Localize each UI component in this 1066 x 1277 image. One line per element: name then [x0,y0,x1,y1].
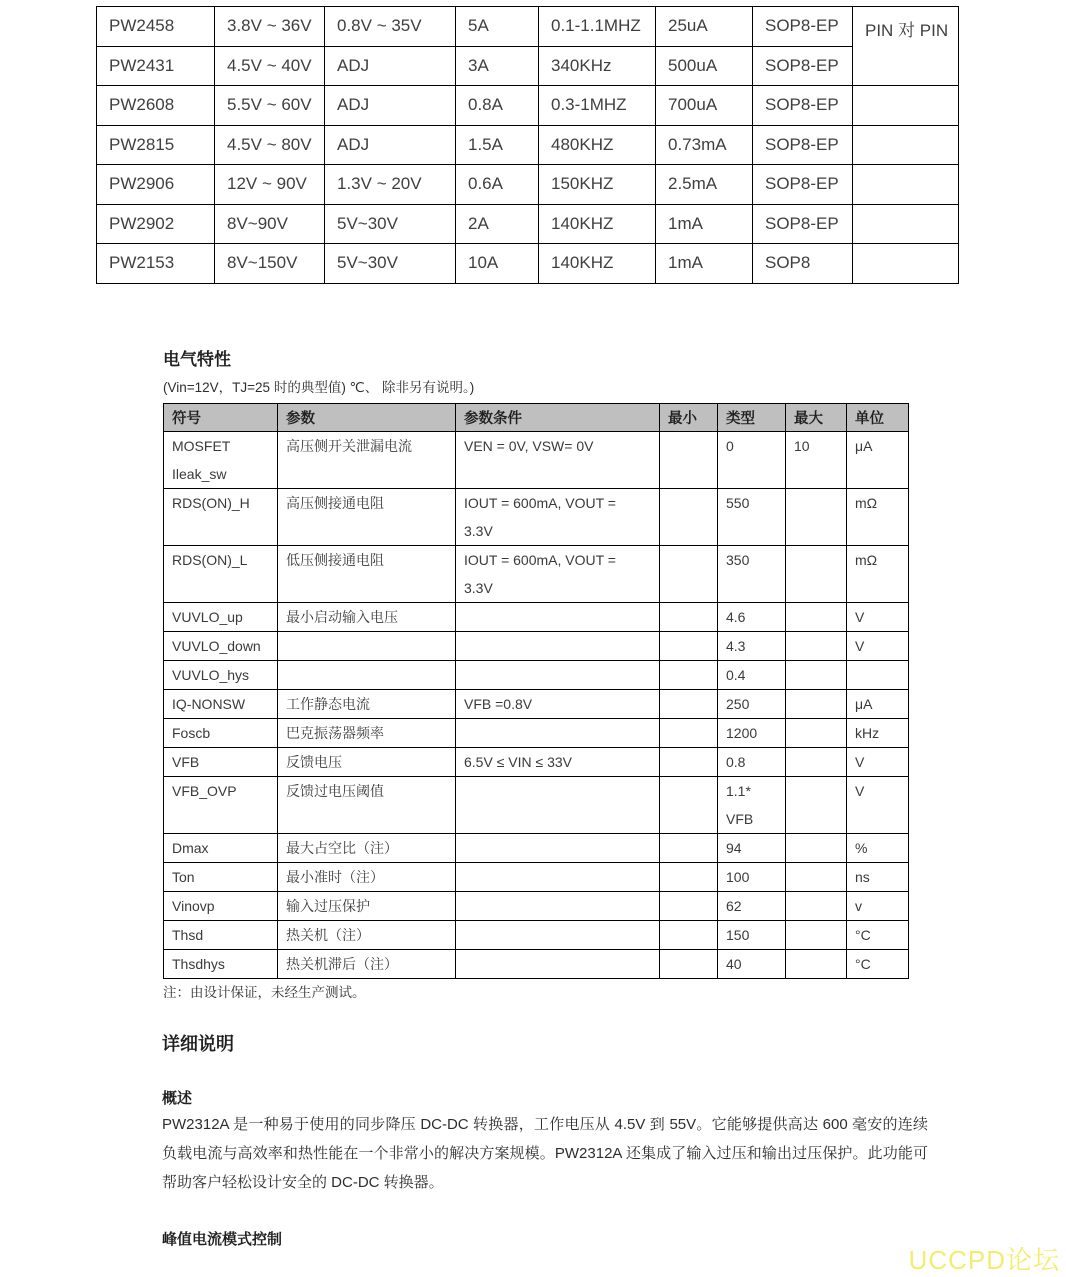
product-cell-note-empty [853,244,959,284]
electrical-cell-max [786,690,847,719]
electrical-table-row: Dmax最大占空比（注）94% [164,834,909,863]
electrical-cell-min [660,546,718,603]
product-cell-package: SOP8-EP [753,165,853,205]
product-table-row: PW290612V ~ 90V1.3V ~ 20V0.6A150KHZ2.5mA… [97,165,959,205]
electrical-table-row: RDS(ON)_H高压侧接通电阻IOUT = 600mA, VOUT = 3.3… [164,489,909,546]
product-cell-part: PW2902 [97,204,215,244]
electrical-footnote: 注：由设计保证，未经生产测试。 [163,981,366,1001]
electrical-cell-typ: 62 [718,892,786,921]
electrical-section-title: 电气特性 [163,345,231,370]
product-cell-iq: 500uA [656,46,753,86]
electrical-cell-symbol: VFB_OVP [164,777,278,834]
electrical-cell-parameter: 最小启动输入电压 [278,603,456,632]
electrical-table-row: VFB反馈电压6.5V ≤ VIN ≤ 33V0.8V [164,748,909,777]
product-cell-freq: 480KHZ [539,125,656,165]
electrical-cell-symbol: VUVLO_down [164,632,278,661]
product-cell-note-empty [853,165,959,205]
product-cell-input: 3.8V ~ 36V [215,7,325,47]
electrical-cell-symbol: Thsd [164,921,278,950]
electrical-cell-symbol: IQ-NONSW [164,690,278,719]
electrical-cell-max [786,921,847,950]
electrical-cell-min [660,690,718,719]
electrical-table-row: VUVLO_up最小启动输入电压4.6V [164,603,909,632]
electrical-cell-min [660,632,718,661]
product-cell-pin-note: PIN 对 PIN [853,7,959,86]
electrical-cell-condition [456,777,660,834]
electrical-cell-condition: IOUT = 600mA, VOUT = 3.3V [456,489,660,546]
electrical-cell-typ: 250 [718,690,786,719]
electrical-cell-condition [456,863,660,892]
electrical-cell-typ: 40 [718,950,786,979]
electrical-table-row: Ton最小准时（注）100ns [164,863,909,892]
product-table-row: PW24314.5V ~ 40VADJ3A340KHz500uASOP8-EP [97,46,959,86]
electrical-cell-symbol: Thsdhys [164,950,278,979]
electrical-cell-typ: 100 [718,863,786,892]
electrical-cell-min [660,834,718,863]
product-cell-current: 1.5A [456,125,539,165]
electrical-table-row: MOSFET Ileak_sw高压侧开关泄漏电流VEN = 0V, VSW= 0… [164,432,909,489]
electrical-column-header: 参数条件 [456,404,660,432]
electrical-cell-parameter [278,661,456,690]
overview-heading: 概述 [162,1087,192,1108]
electrical-cell-symbol: RDS(ON)_H [164,489,278,546]
electrical-cell-max [786,546,847,603]
electrical-cell-max [786,863,847,892]
electrical-cell-max [786,719,847,748]
electrical-cell-symbol: MOSFET Ileak_sw [164,432,278,489]
electrical-cell-max [786,834,847,863]
product-cell-iq: 1mA [656,244,753,284]
product-cell-iq: 0.73mA [656,125,753,165]
electrical-cell-max: 10 [786,432,847,489]
product-cell-output: ADJ [325,46,456,86]
electrical-cell-max [786,489,847,546]
electrical-characteristics-table: 符号参数参数条件最小类型最大单位 MOSFET Ileak_sw高压侧开关泄漏电… [163,403,909,979]
product-cell-package: SOP8-EP [753,204,853,244]
electrical-cell-symbol: Dmax [164,834,278,863]
electrical-table-row: VUVLO_down4.3V [164,632,909,661]
product-cell-current: 0.8A [456,86,539,126]
electrical-cell-typ: 0 [718,432,786,489]
electrical-table-row: Vinovp输入过压保护62v [164,892,909,921]
electrical-cell-parameter: 最大占空比（注） [278,834,456,863]
electrical-cell-symbol: Vinovp [164,892,278,921]
product-cell-part: PW2458 [97,7,215,47]
electrical-cell-parameter [278,632,456,661]
electrical-table-body: MOSFET Ileak_sw高压侧开关泄漏电流VEN = 0V, VSW= 0… [164,432,909,979]
electrical-cell-max [786,661,847,690]
electrical-cell-parameter: 高压侧接通电阻 [278,489,456,546]
electrical-cell-parameter: 巴克振荡器频率 [278,719,456,748]
electrical-table-row: IQ-NONSW工作静态电流VFB =0.8V250μA [164,690,909,719]
product-cell-package: SOP8-EP [753,125,853,165]
electrical-cell-unit: V [847,603,909,632]
electrical-column-header: 单位 [847,404,909,432]
electrical-cell-min [660,489,718,546]
electrical-cell-condition: 6.5V ≤ VIN ≤ 33V [456,748,660,777]
electrical-cell-unit: μA [847,690,909,719]
electrical-cell-condition [456,603,660,632]
electrical-table-header-row: 符号参数参数条件最小类型最大单位 [164,404,909,432]
electrical-cell-symbol: VUVLO_hys [164,661,278,690]
electrical-cell-symbol: Ton [164,863,278,892]
electrical-cell-condition [456,921,660,950]
product-cell-part: PW2153 [97,244,215,284]
electrical-cell-unit: V [847,777,909,834]
electrical-cell-symbol: VUVLO_up [164,603,278,632]
electrical-cell-parameter: 热关机（注） [278,921,456,950]
product-cell-iq: 25uA [656,7,753,47]
electrical-cell-unit: V [847,748,909,777]
electrical-table-row: Thsdhys热关机滞后（注）40°C [164,950,909,979]
product-cell-output: 5V~30V [325,204,456,244]
electrical-cell-symbol: RDS(ON)_L [164,546,278,603]
electrical-column-header: 类型 [718,404,786,432]
electrical-cell-min [660,719,718,748]
electrical-cell-parameter: 工作静态电流 [278,690,456,719]
product-cell-input: 4.5V ~ 80V [215,125,325,165]
electrical-cell-parameter: 输入过压保护 [278,892,456,921]
electrical-cell-symbol: VFB [164,748,278,777]
details-section-title: 详细说明 [162,1030,234,1056]
electrical-cell-parameter: 热关机滞后（注） [278,950,456,979]
electrical-cell-typ: 150 [718,921,786,950]
electrical-cell-unit: °C [847,950,909,979]
product-cell-freq: 140KHZ [539,204,656,244]
electrical-table-row: Thsd热关机（注）150°C [164,921,909,950]
electrical-cell-unit: mΩ [847,489,909,546]
product-cell-package: SOP8-EP [753,46,853,86]
electrical-cell-condition: VEN = 0V, VSW= 0V [456,432,660,489]
electrical-cell-min [660,603,718,632]
product-table-body: PW24583.8V ~ 36V0.8V ~ 35V5A0.1-1.1MHZ25… [97,7,959,284]
electrical-table-row: VFB_OVP反馈过电压阈值1.1* VFBV [164,777,909,834]
product-cell-note-empty [853,204,959,244]
electrical-cell-max [786,777,847,834]
electrical-cell-min [660,777,718,834]
product-cell-input: 8V~90V [215,204,325,244]
forum-watermark: UCCPD论坛 [909,1240,1060,1277]
peak-current-mode-heading: 峰值电流模式控制 [162,1228,282,1249]
product-cell-part: PW2608 [97,86,215,126]
product-cell-note-empty [853,125,959,165]
electrical-cell-unit: mΩ [847,546,909,603]
product-cell-output: ADJ [325,86,456,126]
product-cell-freq: 140KHZ [539,244,656,284]
product-cell-package: SOP8-EP [753,7,853,47]
electrical-cell-unit: % [847,834,909,863]
electrical-cell-typ: 1.1* VFB [718,777,786,834]
electrical-column-header: 符号 [164,404,278,432]
electrical-cell-condition [456,834,660,863]
electrical-cell-min [660,950,718,979]
product-cell-freq: 0.1-1.1MHZ [539,7,656,47]
product-cell-part: PW2815 [97,125,215,165]
electrical-column-header: 参数 [278,404,456,432]
electrical-cell-min [660,661,718,690]
product-cell-output: ADJ [325,125,456,165]
electrical-cell-max [786,950,847,979]
product-table-row: PW24583.8V ~ 36V0.8V ~ 35V5A0.1-1.1MHZ25… [97,7,959,47]
product-cell-iq: 1mA [656,204,753,244]
electrical-cell-min [660,863,718,892]
product-cell-part: PW2431 [97,46,215,86]
electrical-cell-condition [456,661,660,690]
product-cell-input: 8V~150V [215,244,325,284]
electrical-cell-typ: 350 [718,546,786,603]
electrical-cell-typ: 4.3 [718,632,786,661]
product-cell-package: SOP8 [753,244,853,284]
product-cell-current: 3A [456,46,539,86]
electrical-cell-condition [456,950,660,979]
electrical-cell-parameter: 反馈过电压阈值 [278,777,456,834]
product-cell-iq: 2.5mA [656,165,753,205]
electrical-cell-typ: 4.6 [718,603,786,632]
product-cell-input: 5.5V ~ 60V [215,86,325,126]
electrical-cell-unit: °C [847,921,909,950]
product-cell-package: SOP8-EP [753,86,853,126]
product-cell-current: 0.6A [456,165,539,205]
electrical-cell-condition [456,632,660,661]
electrical-column-header: 最大 [786,404,847,432]
electrical-cell-min [660,748,718,777]
product-table-row: PW26085.5V ~ 60VADJ0.8A0.3-1MHZ700uASOP8… [97,86,959,126]
electrical-table-row: RDS(ON)_L低压侧接通电阻IOUT = 600mA, VOUT = 3.3… [164,546,909,603]
electrical-cell-typ: 0.4 [718,661,786,690]
electrical-cell-condition: VFB =0.8V [456,690,660,719]
electrical-cell-parameter: 最小准时（注） [278,863,456,892]
electrical-cell-parameter: 低压侧接通电阻 [278,546,456,603]
product-cell-output: 5V~30V [325,244,456,284]
product-cell-freq: 340KHz [539,46,656,86]
electrical-cell-condition [456,719,660,748]
product-cell-current: 5A [456,7,539,47]
electrical-cell-unit [847,661,909,690]
electrical-cell-max [786,603,847,632]
product-cell-current: 2A [456,204,539,244]
electrical-cell-typ: 550 [718,489,786,546]
electrical-cell-unit: kHz [847,719,909,748]
electrical-cell-min [660,432,718,489]
electrical-cell-max [786,748,847,777]
electrical-cell-symbol: Foscb [164,719,278,748]
electrical-table-row: Foscb巴克振荡器频率1200kHz [164,719,909,748]
electrical-cell-unit: ns [847,863,909,892]
electrical-cell-unit: v [847,892,909,921]
electrical-cell-unit: μA [847,432,909,489]
electrical-cell-typ: 94 [718,834,786,863]
electrical-cell-condition: IOUT = 600mA, VOUT = 3.3V [456,546,660,603]
electrical-cell-min [660,892,718,921]
product-selection-table: PW24583.8V ~ 36V0.8V ~ 35V5A0.1-1.1MHZ25… [96,6,959,284]
product-cell-input: 4.5V ~ 40V [215,46,325,86]
electrical-cell-parameter: 反馈电压 [278,748,456,777]
product-cell-output: 1.3V ~ 20V [325,165,456,205]
electrical-cell-typ: 0.8 [718,748,786,777]
electrical-cell-typ: 1200 [718,719,786,748]
electrical-cell-min [660,921,718,950]
electrical-cell-parameter: 高压侧开关泄漏电流 [278,432,456,489]
datasheet-page: { "product_table": { "pin_note": "PIN 对 … [0,0,1066,1277]
overview-paragraph: PW2312A 是一种易于使用的同步降压 DC-DC 转换器，工作电压从 4.5… [162,1110,928,1197]
product-table-row: PW28154.5V ~ 80VADJ1.5A480KHZ0.73mASOP8-… [97,125,959,165]
product-cell-part: PW2906 [97,165,215,205]
electrical-cell-unit: V [847,632,909,661]
product-cell-output: 0.8V ~ 35V [325,7,456,47]
electrical-table-row: VUVLO_hys0.4 [164,661,909,690]
electrical-column-header: 最小 [660,404,718,432]
product-cell-iq: 700uA [656,86,753,126]
product-cell-freq: 150KHZ [539,165,656,205]
product-cell-current: 10A [456,244,539,284]
product-table-row: PW29028V~90V5V~30V2A140KHZ1mASOP8-EP [97,204,959,244]
electrical-conditions-note: (Vin=12V，TJ=25 时的典型值) ℃、 除非另有说明。) [163,376,474,396]
product-cell-input: 12V ~ 90V [215,165,325,205]
product-cell-freq: 0.3-1MHZ [539,86,656,126]
product-cell-note-empty [853,86,959,126]
electrical-cell-condition [456,892,660,921]
product-table-row: PW21538V~150V5V~30V10A140KHZ1mASOP8 [97,244,959,284]
electrical-cell-max [786,632,847,661]
electrical-cell-max [786,892,847,921]
